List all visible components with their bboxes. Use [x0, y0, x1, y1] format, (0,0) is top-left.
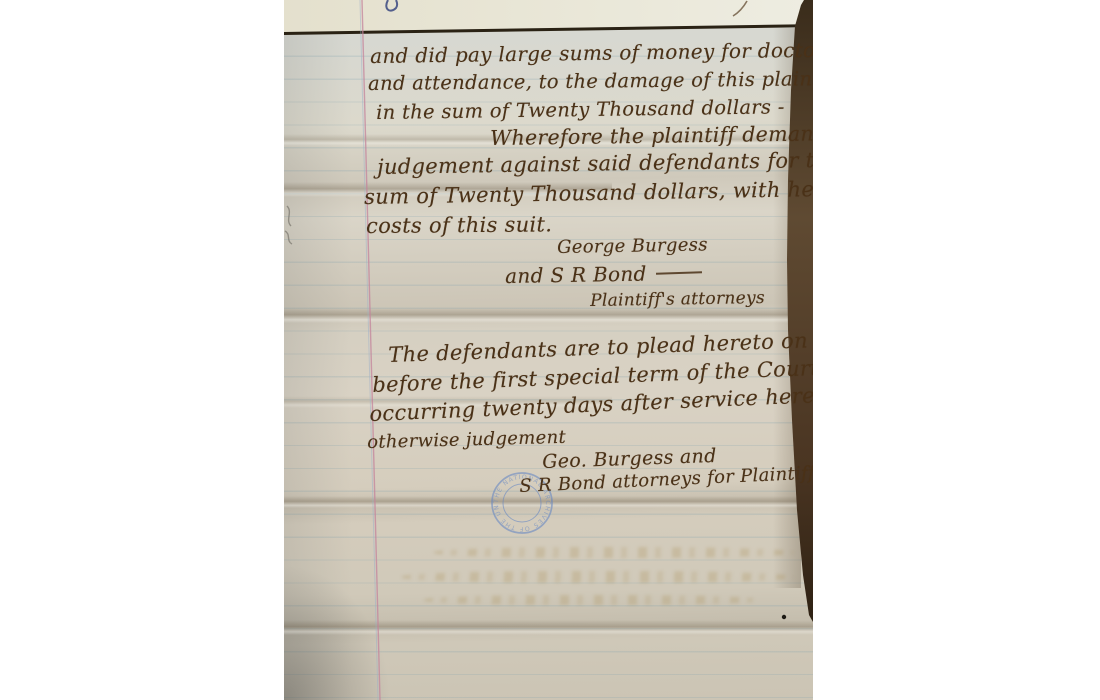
bleed-through-text — [424, 595, 764, 605]
bleed-through-text — [402, 571, 794, 583]
fold-crease — [284, 620, 813, 635]
fold-crease — [284, 496, 813, 508]
signature-role: Plaintiff's attorneys — [590, 290, 765, 310]
folded-page-edge — [284, 0, 813, 35]
table-background-edge — [787, 0, 813, 622]
pencil-squiggle-left — [285, 206, 292, 244]
handwriting-line: Wherefore the plaintiff demands — [490, 123, 813, 148]
handwriting-line: judgement against said defendants for th… — [377, 150, 813, 178]
bleed-through-text — [434, 547, 794, 558]
pen-stroke — [656, 271, 702, 275]
signature-second: and S R Bond — [505, 264, 647, 286]
fold-crease — [284, 308, 813, 323]
bottom-left-shadow — [284, 560, 394, 700]
photo-canvas: THE NATIONAL ARCHIVES OF THE UNITED STAT… — [0, 0, 1100, 700]
handwriting-line: otherwise judgement — [367, 429, 566, 452]
handwriting-line: and attendance, to the damage of this pl… — [368, 69, 813, 93]
handwriting-line: in the sum of Twenty Thousand dollars - — [376, 97, 785, 122]
ink-speck — [782, 615, 786, 619]
handwriting-line: sum of Twenty Thousand dollars, with her — [364, 179, 813, 208]
handwriting-line: and did pay large sums of money for doct… — [370, 39, 813, 66]
document-photo: THE NATIONAL ARCHIVES OF THE UNITED STAT… — [284, 0, 813, 700]
signature-name: George Burgess — [557, 236, 708, 257]
handwriting-line: costs of this suit. — [366, 214, 552, 237]
left-shading — [284, 0, 364, 700]
